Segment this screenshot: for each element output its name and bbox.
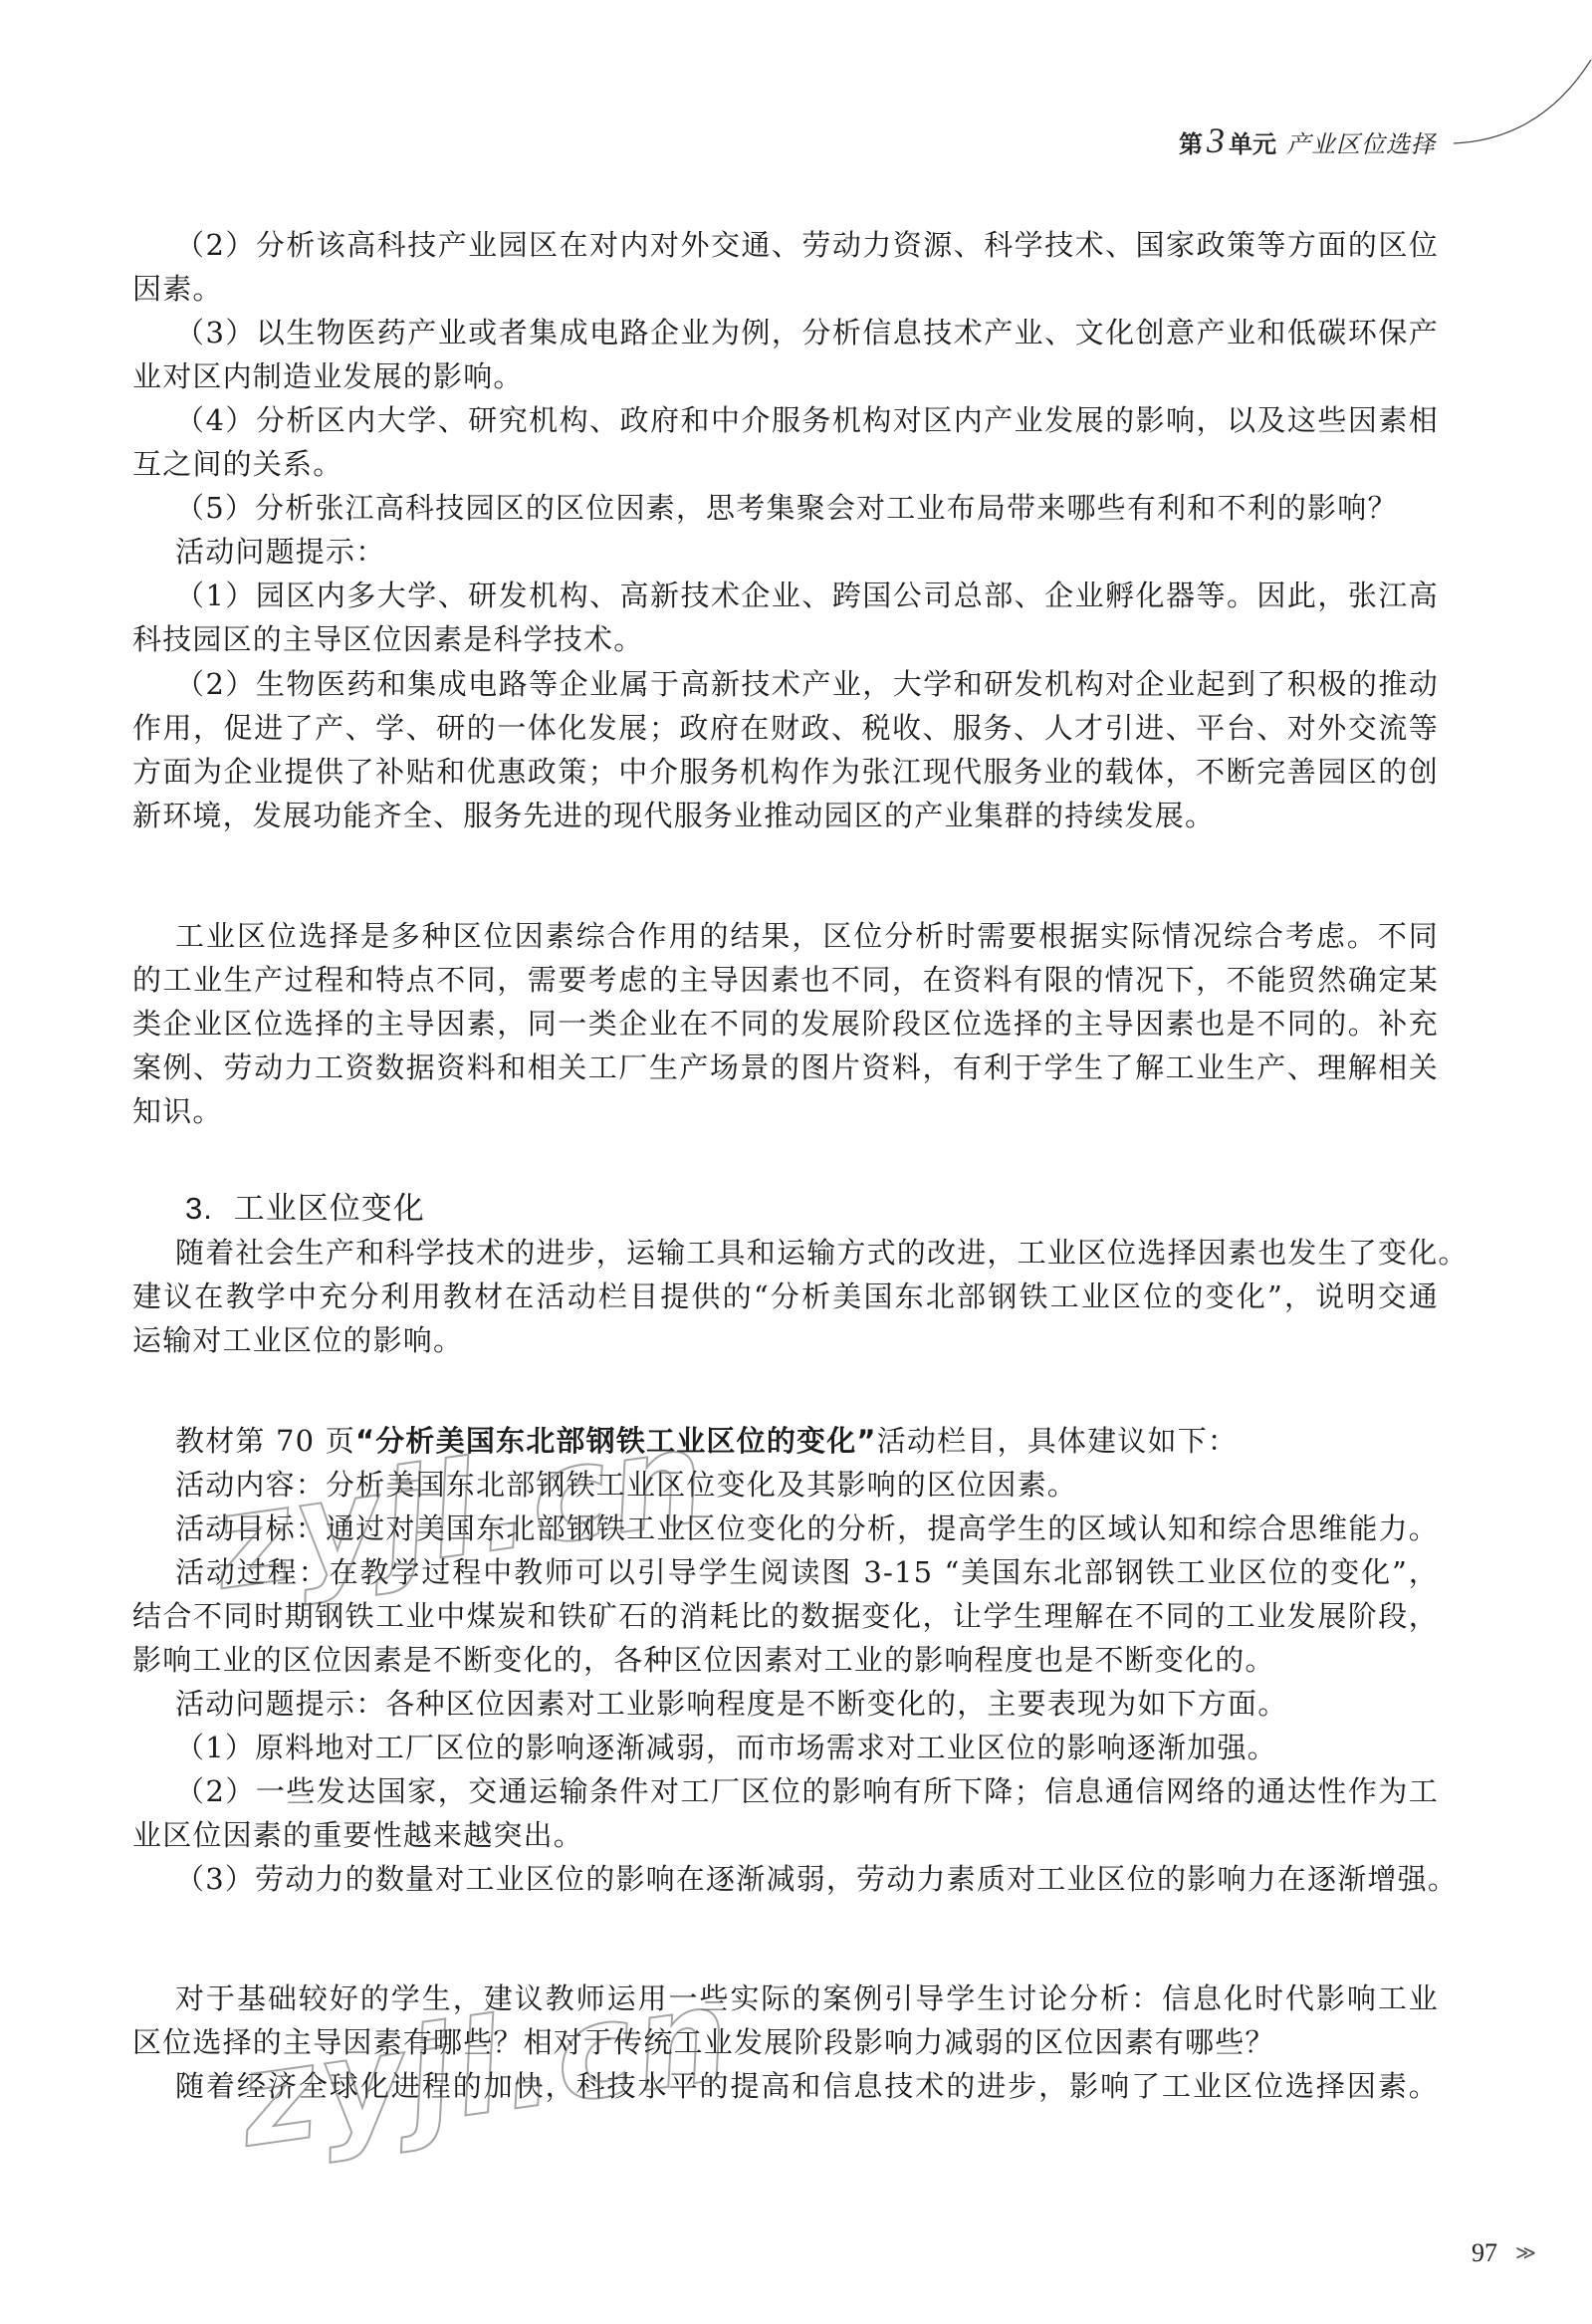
text-line: （2）一些发达国家，交通运输条件对工厂区位的影响有所下降；信息通信网络的通达性作…: [175, 1771, 1439, 1811]
text-line: （1）原料地对工厂区位的影响逐渐减弱，而市场需求对工业区位的影响逐渐加强。: [175, 1728, 1439, 1767]
text-line: 运输对工业区位的影响。: [132, 1320, 1439, 1360]
unit-title: 产业区位选择: [1286, 124, 1436, 159]
unit-number: 3: [1207, 119, 1225, 161]
text-line: 随着社会生产和科学技术的进步，运输工具和运输方式的改进，工业区位选择因素也发生了…: [175, 1233, 1439, 1273]
text-line: 活动问题提示：: [175, 532, 1439, 572]
text-line: （3）劳动力的数量对工业区位的影响在逐渐减弱，劳动力素质对工业区位的影响力在逐渐…: [175, 1859, 1439, 1899]
text-line: 因素。: [132, 269, 1439, 309]
text-line: （3）以生物医药产业或者集成电路企业为例，分析信息技术产业、文化创意产业和低碳环…: [175, 313, 1439, 352]
header-decorative-curve-icon: [1454, 60, 1592, 159]
text-line: （1）园区内多大学、研发机构、高新技术企业、跨国公司总部、企业孵化器等。因此，张…: [175, 576, 1439, 615]
text-line: 的工业生产过程和特点不同，需要考虑的主导因素也不同，在资料有限的情况下，不能贸然…: [132, 960, 1439, 1000]
text-line: 科技园区的主导区位因素是科学技术。: [132, 619, 1439, 659]
section-title: 工业区位变化: [234, 1191, 425, 1227]
text-line: 业区位因素的重要性越来越突出。: [132, 1815, 1439, 1855]
text-line: （2）生物医药和集成电路等企业属于高新技术产业，大学和研发机构对企业起到了积极的…: [175, 664, 1439, 704]
text-line: 业对区内制造业发展的影响。: [132, 356, 1439, 396]
text-line: 建议在教学中充分利用教材在活动栏目提供的“分析美国东北部钢铁工业区位的变化”，说…: [132, 1277, 1439, 1316]
text-line: （2）分析该高科技产业园区在对内对外交通、劳动力资源、科学技术、国家政策等方面的…: [175, 225, 1439, 265]
activity-intro-suffix: 活动栏目，具体建议如下：: [877, 1424, 1238, 1458]
unit-suffix: 单元: [1229, 124, 1276, 159]
text-line: 工业区位选择是多种区位因素综合作用的结果，区位分析时需要根据实际情况综合考虑。不…: [175, 916, 1439, 956]
text-line: 影响工业的区位因素是不断变化的，各种区位因素对工业的影响程度也是不断变化的。: [132, 1640, 1439, 1680]
text-line: 知识。: [132, 1091, 1439, 1131]
next-page-arrows-icon: ≫: [1515, 2240, 1532, 2264]
text-line: 新环境，发展功能齐全、服务先进的现代服务业推动园区的产业集群的持续发展。: [132, 796, 1439, 835]
text-line: 活动问题提示：各种区位因素对工业影响程度是不断变化的，主要表现为如下方面。: [175, 1684, 1439, 1724]
text-line: 类企业区位选择的主导因素，同一类企业在不同的发展阶段区位选择的主导因素也是不同的…: [132, 1004, 1439, 1044]
text-line: 互之间的关系。: [132, 444, 1439, 484]
unit-prefix: 第: [1179, 124, 1203, 159]
text-line: （5）分析张江高科技园区的区位因素，思考集聚会对工业布局带来哪些有利和不利的影响…: [175, 488, 1439, 528]
unit-header: 第 3 单元 产业区位选择: [1179, 119, 1436, 159]
section-number: 3.: [185, 1191, 213, 1226]
page-number: 97: [1472, 2238, 1497, 2268]
text-line: 案例、劳动力工资数据资料和相关工厂生产场景的图片资料，有利于学生了解工业生产、理…: [132, 1047, 1439, 1087]
text-line: 作用，促进了产、学、研的一体化发展；政府在财政、税收、服务、人才引进、平台、对外…: [132, 708, 1439, 748]
text-line: 方面为企业提供了补贴和优惠政策；中介服务机构作为张江现代服务业的载体，不断完善园…: [132, 752, 1439, 792]
section-heading: 3. 工业区位变化: [185, 1189, 425, 1229]
text-line: （4）分析区内大学、研究机构、政府和中介服务机构对区内产业发展的影响，以及这些因…: [175, 400, 1439, 440]
